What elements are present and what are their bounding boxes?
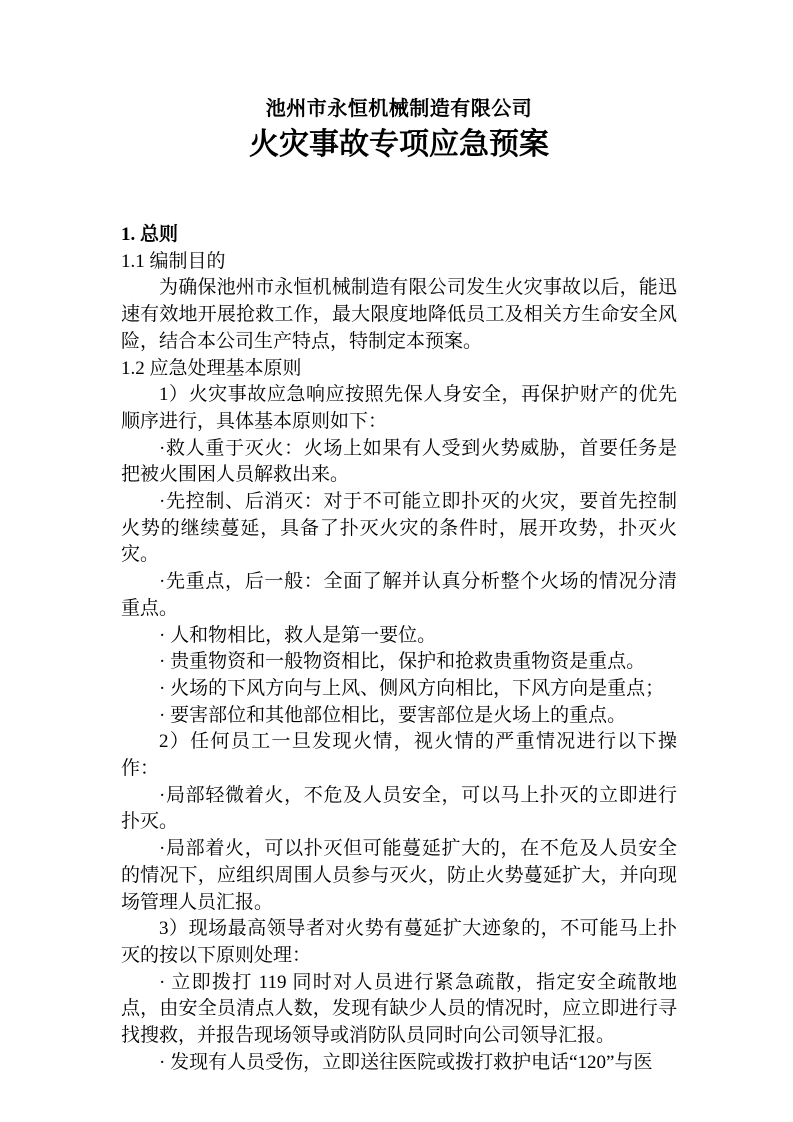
body-paragraph: 3）现场最高领导者对火势有蔓延扩大迹象的，不可能马上扑灭的按以下原则处理：: [121, 916, 677, 969]
bullet-paragraph: ·局部轻微着火，不危及人员安全，可以马上扑灭的立即进行扑灭。: [121, 783, 677, 836]
bullet-paragraph: ·先重点，后一般：全面了解并认真分析整个火场的情况分清重点。: [121, 569, 677, 622]
bullet-paragraph: · 火场的下风方向与上风、侧风方向相比，下风方向是重点；: [121, 676, 677, 703]
document-page: 池州市永恒机械制造有限公司 火灾事故专项应急预案 1. 总则1.1 编制目的为确…: [0, 0, 793, 1122]
document-body: 1. 总则1.1 编制目的为确保池州市永恒机械制造有限公司发生火灾事故以后，能迅…: [121, 222, 677, 1077]
bullet-paragraph: · 立即拨打 119 同时对人员进行紧急疏散，指定安全疏散地点，由安全员清点人数…: [121, 970, 677, 1050]
bullet-paragraph: · 贵重物资和一般物资相比，保护和抢救贵重物资是重点。: [121, 649, 677, 676]
bullet-paragraph: · 人和物相比，救人是第一要位。: [121, 623, 677, 650]
bullet-paragraph: ·救人重于灭火：火场上如果有人受到火势威胁，首要任务是把被火围困人员解救出来。: [121, 436, 677, 489]
company-name: 池州市永恒机械制造有限公司: [121, 96, 677, 122]
bullet-paragraph: · 发现有人员受伤，立即送往医院或拨打救护电话“120”与医: [121, 1050, 677, 1077]
bullet-paragraph: · 要害部位和其他部位相比，要害部位是火场上的重点。: [121, 703, 677, 730]
body-paragraph: 2）任何员工一旦发现火情，视火情的严重情况进行以下操作：: [121, 729, 677, 782]
document-title: 火灾事故专项应急预案: [121, 122, 677, 168]
body-paragraph: 为确保池州市永恒机械制造有限公司发生火灾事故以后，能迅速有效地开展抢救工作，最大…: [121, 275, 677, 355]
bullet-paragraph: ·先控制、后消灭：对于不可能立即扑灭的火灾，要首先控制火势的继续蔓延，具备了扑灭…: [121, 489, 677, 569]
title-body-gap: [121, 168, 677, 222]
section-heading: 1. 总则: [121, 222, 677, 249]
bullet-paragraph: ·局部着火，可以扑灭但可能蔓延扩大的，在不危及人员安全的情况下，应组织周围人员参…: [121, 836, 677, 916]
subsection-heading: 1.1 编制目的: [121, 249, 677, 276]
subsection-heading: 1.2 应急处理基本原则: [121, 356, 677, 383]
body-paragraph: 1）火灾事故应急响应按照先保人身安全，再保护财产的优先顺序进行，具体基本原则如下…: [121, 382, 677, 435]
